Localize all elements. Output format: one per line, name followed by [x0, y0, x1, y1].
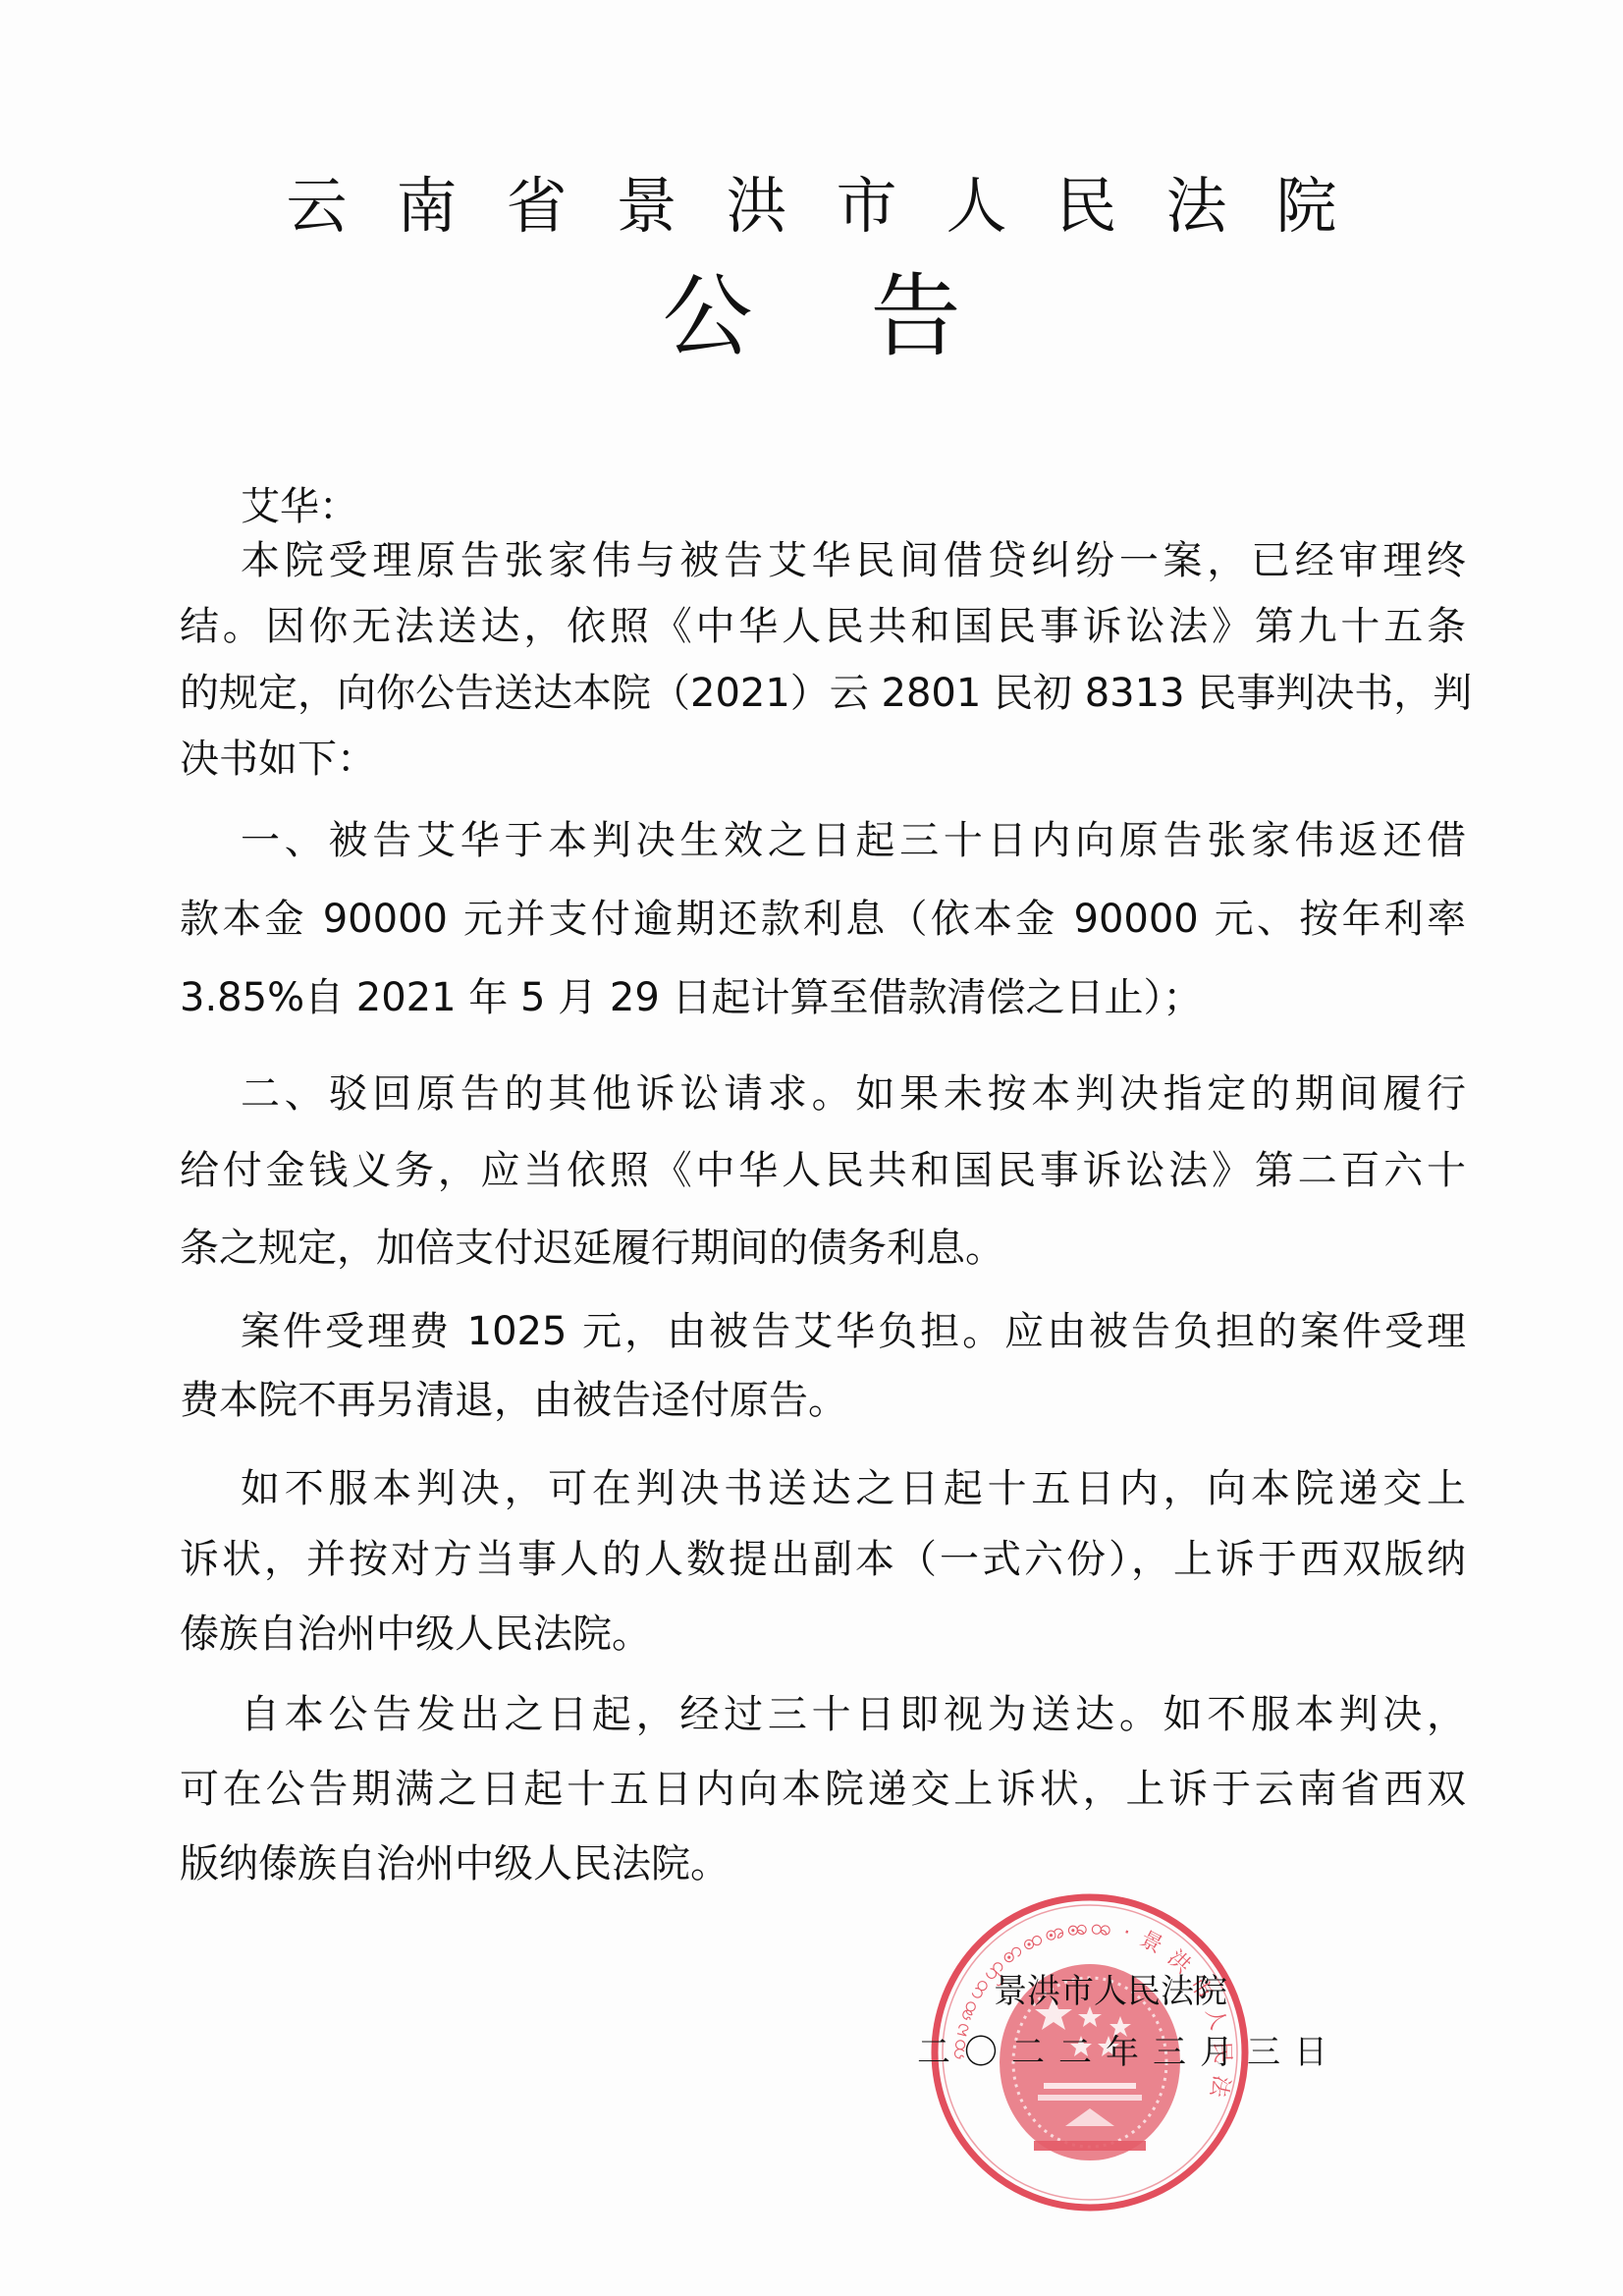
addressee: 艾华： — [241, 481, 358, 532]
signing-court: 景洪市人民法院 — [994, 1970, 1227, 2013]
body-line: 3.85%自 2021 年 5 月 29 日起计算至借款清偿之日止）； — [180, 972, 1203, 1023]
body-line: 给付金钱义务，应当依照《中华人民共和国民事诉讼法》第二百六十 — [180, 1145, 1466, 1196]
body-line: 傣族自治州中级人民法院。 — [180, 1609, 651, 1660]
appeal-paragraph: 如不服本判决，可在判决书送达之日起十五日内，向本院递交上 — [241, 1463, 1466, 1514]
body-line: 结。因你无法送达，依照《中华人民共和国民事诉讼法》第九十五条 — [180, 601, 1466, 652]
body-line: 版纳傣族自治州中级人民法院。 — [180, 1838, 730, 1889]
body-line: 款本金 90000 元并支付逾期还款利息（依本金 90000 元、按年利率 — [180, 894, 1466, 945]
body-line: 费本院不再另清退，由被告迳付原告。 — [180, 1375, 847, 1426]
signing-date: 二〇二二年三月三日 — [917, 2031, 1341, 2074]
body-line: 的规定，向你公告送达本院（2021）云 2801 民初 8313 民事判决书，判 — [180, 668, 1466, 719]
body-line: 可在公告期满之日起十五日内向本院递交上诉状，上诉于云南省西双 — [180, 1764, 1466, 1815]
court-name-heading: 云南省景洪市人民法院 — [0, 167, 1623, 246]
body-line: 诉状，并按对方当事人的人数提出副本（一式六份），上诉于西双版纳 — [180, 1534, 1466, 1585]
judgment-item-1: 一、被告艾华于本判决生效之日起三十日内向原告张家伟返还借 — [241, 815, 1466, 866]
document-type-heading: 公告 — [0, 263, 1623, 371]
case-fee-paragraph: 案件受理费 1025 元，由被告艾华负担。应由被告负担的案件受理 — [241, 1306, 1466, 1357]
document-page: 云南省景洪市人民法院 公告 艾华： 本院受理原告张家伟与被告艾华民间借贷纠纷一案… — [0, 0, 1623, 2296]
body-line: 本院受理原告张家伟与被告艾华民间借贷纠纷一案，已经审理终 — [241, 535, 1466, 586]
service-paragraph: 自本公告发出之日起，经过三十日即视为送达。如不服本判决， — [241, 1689, 1466, 1740]
judgment-item-2: 二、驳回原告的其他诉讼请求。如果未按本判决指定的期间履行 — [241, 1068, 1466, 1120]
body-line: 条之规定，加倍支付迟延履行期间的债务利息。 — [180, 1223, 1004, 1274]
body-line: 决书如下： — [180, 734, 376, 785]
